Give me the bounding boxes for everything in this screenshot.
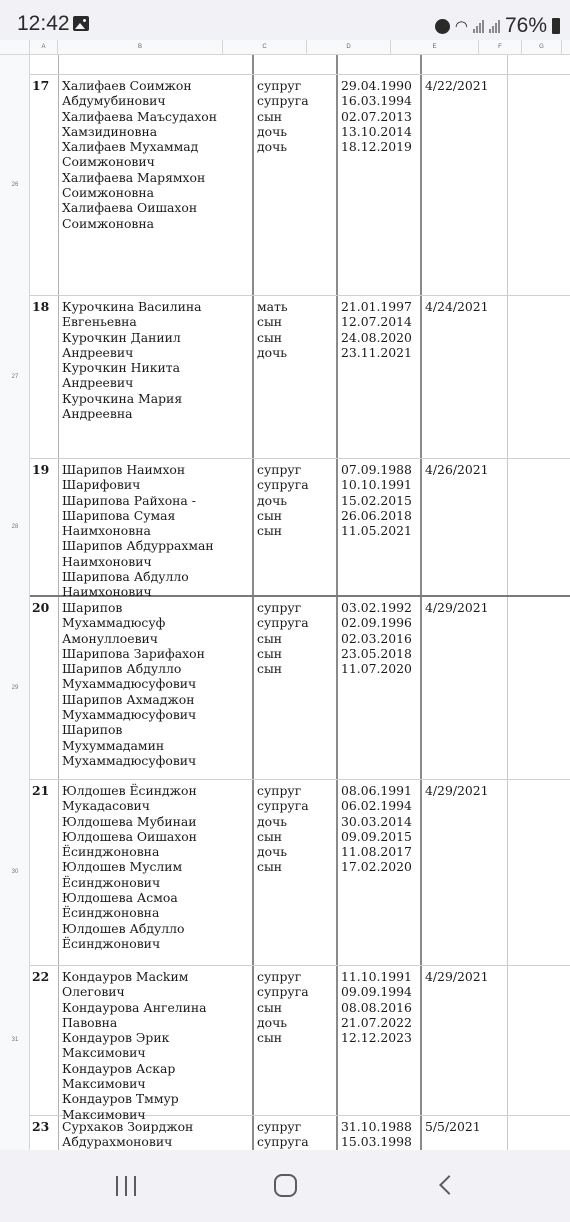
column-header-bar: A B C D E F G <box>0 40 570 55</box>
column-header-g[interactable]: G <box>522 40 562 55</box>
column-header-c[interactable]: C <box>223 40 307 55</box>
status-time: 12:42 <box>17 12 70 36</box>
cell-birth-dates[interactable]: 07.09.1988 10.10.1991 15.02.2015 26.06.2… <box>336 459 420 595</box>
row-number[interactable]: 26 <box>0 182 30 188</box>
cell-names[interactable]: Кондауров Масkим Олегович Кондаурова Анг… <box>58 966 252 1115</box>
battery-percent: 76% <box>505 14 547 38</box>
status-icons: ◠ 76% <box>435 14 560 38</box>
cell-relations[interactable]: супруг супруга <box>252 1116 336 1150</box>
row-number-gutter <box>0 55 30 1150</box>
table-row[interactable]: 2617Халифаев Соимжон Абдумубинович Халиф… <box>30 75 570 296</box>
back-button[interactable] <box>438 1174 452 1196</box>
gallery-icon <box>73 16 89 31</box>
home-button[interactable] <box>274 1174 297 1197</box>
row-number[interactable]: 31 <box>0 1037 30 1043</box>
cell-date[interactable]: 4/24/2021 <box>420 296 508 458</box>
cell-index[interactable]: 19 <box>30 459 58 595</box>
cell-birth-dates[interactable]: 03.02.1992 02.09.1996 02.03.2016 23.05.2… <box>336 597 420 779</box>
cell-relations[interactable]: супруг супруга сын дочь дочь <box>252 75 336 295</box>
cell-index[interactable]: 18 <box>30 296 58 458</box>
row-number[interactable]: 28 <box>0 524 30 530</box>
status-bar: 12:42 ◠ 76% <box>0 0 570 40</box>
row-number[interactable]: 29 <box>0 685 30 691</box>
cell-names[interactable]: Сурхаков Зоирджон Абдурахмонович <box>58 1116 252 1150</box>
navigation-bar <box>0 1150 570 1222</box>
table-row[interactable]: 2718Курочкина Василина Евгеньевна Курочк… <box>30 296 570 459</box>
column-header-a[interactable]: A <box>30 40 58 55</box>
cell-relations[interactable]: супруг супруга дочь сын сын <box>252 459 336 595</box>
table-row[interactable]: 2819Шарипов Наимхон Шарифович Шарипова Р… <box>30 459 570 597</box>
cell-index[interactable]: 23 <box>30 1116 58 1150</box>
cell-index[interactable]: 17 <box>30 75 58 295</box>
table-row[interactable]: 23Сурхаков Зоирджон Абдурахмоновичсупруг… <box>30 1116 570 1150</box>
cell-relations[interactable]: мать сын сын дочь <box>252 296 336 458</box>
cell-date[interactable] <box>420 55 508 74</box>
cell-birth-dates[interactable]: 31.10.1988 15.03.1998 <box>336 1116 420 1150</box>
cell-date[interactable]: 5/5/2021 <box>420 1116 508 1150</box>
cell-names[interactable]: Шарипов Мухаммадюсуф Амонуллоевич Шарипо… <box>58 597 252 779</box>
cell-names[interactable] <box>58 55 252 74</box>
cell-index[interactable]: 20 <box>30 597 58 779</box>
cell-names[interactable]: Халифаев Соимжон Абдумубинович Халифаева… <box>58 75 252 295</box>
row-number[interactable]: 27 <box>0 374 30 380</box>
signal-icon <box>473 19 484 33</box>
table-row[interactable]: 3021Юлдошев Ёсинджон Мукадасович Юлдошев… <box>30 780 570 966</box>
cell-birth-dates[interactable]: 08.06.1991 06.02.1994 30.03.2014 09.09.2… <box>336 780 420 965</box>
cell-date[interactable]: 4/29/2021 <box>420 780 508 965</box>
corner-cell[interactable] <box>0 40 30 55</box>
row-number[interactable]: 30 <box>0 869 30 875</box>
column-header-d[interactable]: D <box>307 40 391 55</box>
cell-names[interactable]: Юлдошев Ёсинджон Мукадасович Юлдошева Му… <box>58 780 252 965</box>
spreadsheet[interactable]: A B C D E F G 2617Халифаев Соимжон Абдум… <box>0 40 570 1150</box>
cell-relations[interactable]: супруг супруга сын сын сын <box>252 597 336 779</box>
cell-date[interactable]: 4/29/2021 <box>420 597 508 779</box>
cell-names[interactable]: Курочкина Василина Евгеньевна Курочкин Д… <box>58 296 252 458</box>
cell-relations[interactable]: супруг супруга дочь сын дочь сын <box>252 780 336 965</box>
column-header-f[interactable]: F <box>479 40 522 55</box>
recents-icon <box>116 1176 118 1196</box>
cell-date[interactable]: 4/22/2021 <box>420 75 508 295</box>
table-row[interactable]: 2920Шарипов Мухаммадюсуф Амонуллоевич Ша… <box>30 597 570 780</box>
cell-birth-dates[interactable]: 11.10.1991 09.09.1994 08.08.2016 21.07.2… <box>336 966 420 1115</box>
cell-birth-dates[interactable]: 29.04.1990 16.03.1994 02.07.2013 13.10.2… <box>336 75 420 295</box>
column-header-b[interactable]: B <box>58 40 223 55</box>
cell-index[interactable]: 22 <box>30 966 58 1115</box>
table-row[interactable]: 3122Кондауров Масkим Олегович Кондаурова… <box>30 966 570 1116</box>
recents-button[interactable] <box>116 1176 136 1196</box>
column-header-e[interactable]: E <box>391 40 479 55</box>
table-row[interactable] <box>30 55 570 75</box>
cell-birth-dates[interactable] <box>336 55 420 74</box>
signal-icon <box>489 19 500 33</box>
cell-relations[interactable]: супруг супруга сын дочь сын <box>252 966 336 1115</box>
alarm-icon <box>435 19 450 34</box>
cell-relations[interactable] <box>252 55 336 74</box>
cell-birth-dates[interactable]: 21.01.1997 12.07.2014 24.08.2020 23.11.2… <box>336 296 420 458</box>
wifi-icon: ◠ <box>455 17 468 35</box>
battery-icon <box>552 18 560 34</box>
cell-names[interactable]: Шарипов Наимхон Шарифович Шарипова Райхо… <box>58 459 252 595</box>
cell-date[interactable]: 4/29/2021 <box>420 966 508 1115</box>
cell-index[interactable]: 21 <box>30 780 58 965</box>
cell-date[interactable]: 4/26/2021 <box>420 459 508 595</box>
